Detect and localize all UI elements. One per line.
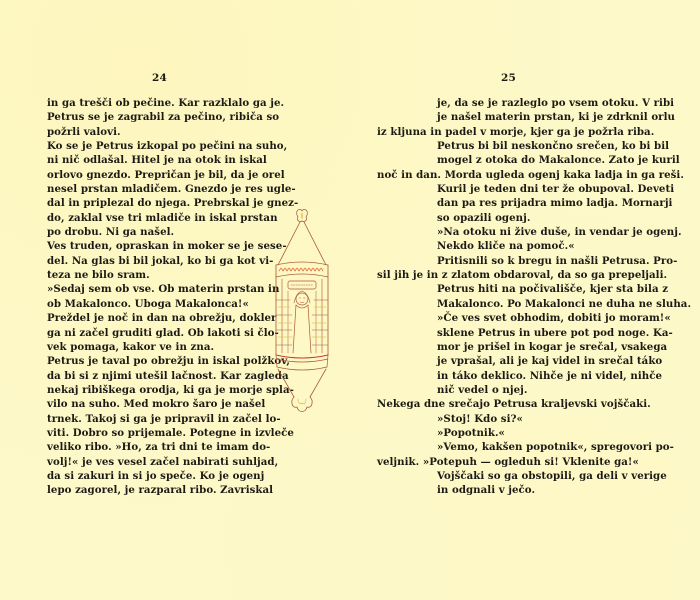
- text-line: mogel z otoka do Makalonce. Zato je kuri…: [437, 153, 655, 167]
- text-line: dal in priplezal do njega. Prebrskal je …: [47, 196, 263, 210]
- text-line: in ga trešči ob pečine. Kar razklalo ga …: [47, 96, 263, 110]
- text-line: je našel materin prstan, ki je zdrknil o…: [437, 110, 655, 124]
- text-line: teza ne bilo sram.: [47, 268, 263, 282]
- text-line: ga ni začel gruditi glad. Ob lakoti si č…: [47, 326, 263, 340]
- page-number-left: 24: [152, 72, 167, 84]
- text-line: »Vemo, kakšen popotnik«, spregovori po-: [437, 440, 655, 454]
- text-line: dan pa res prijadra mimo ladja. Mornarji: [437, 196, 655, 210]
- left-page-text: in ga trešči ob pečine. Kar razklalo ga …: [47, 96, 263, 498]
- text-line: Nekdo kliče na pomoč.«: [437, 239, 655, 253]
- text-line: »Popotnik.«: [437, 426, 655, 440]
- text-line: »Stoj! Kdo si?«: [437, 412, 655, 426]
- text-line: Nekega dne srečajo Petrusa kraljevski vo…: [377, 397, 655, 411]
- text-line: Petrus hiti na počivališče, kjer sta bil…: [437, 282, 655, 296]
- text-line: do, zaklal vse tri mladiče in iskal prst…: [47, 211, 263, 225]
- text-line: je vprašal, ali je kaj videl in srečal t…: [437, 354, 655, 368]
- text-line: Preždel je noč in dan na obrežju, dokler: [47, 311, 263, 325]
- text-line: Makalonco. Po Makalonci ne duha ne sluha…: [437, 297, 655, 311]
- text-line: sklene Petrus in ubere pot pod noge. Ka-: [437, 326, 655, 340]
- text-line: ob Makalonco. Uboga Makalonca!«: [47, 297, 263, 311]
- text-line: požrli valovi.: [47, 125, 263, 139]
- book-spread: 24 25 in ga trešči ob pečine. Kar razkla…: [0, 0, 700, 600]
- text-line: Petrus bi bil neskončno srečen, ko bi bi…: [437, 139, 655, 153]
- text-line: da bi si z njimi utešil lačnost. Kar zag…: [47, 369, 263, 383]
- text-line: Ves truden, opraskan in moker se je sese…: [47, 239, 263, 253]
- text-line: lepo zagorel, je razparal ribo. Zavriska…: [47, 483, 263, 497]
- text-line: nekaj ribiškega orodja, ki ga je morje s…: [47, 383, 263, 397]
- page-number-right: 25: [501, 72, 516, 84]
- text-line: sil jih je in z zlatom obdaroval, da so …: [377, 268, 655, 282]
- text-line: Pritisnili so k bregu in našli Petrusa. …: [437, 254, 655, 268]
- text-line: »Sedaj sem ob vse. Ob materin prstan in: [47, 282, 263, 296]
- text-line: Petrus se je zagrabil za pečino, ribiča …: [47, 110, 263, 124]
- text-line: »Če ves svet obhodim, dobiti jo moram!«: [437, 311, 655, 325]
- text-line: so opazili ogenj.: [437, 211, 655, 225]
- text-line: vilo na suho. Med mokro šaro je našel: [47, 397, 263, 411]
- text-line: veljnik. »Potepuh — ogleduh si! Vklenite…: [377, 455, 655, 469]
- text-line: po drobu. Ni ga našel.: [47, 225, 263, 239]
- text-line: veliko ribo. »Ho, za tri dni te imam do-: [47, 440, 263, 454]
- text-line: mor je prišel in kogar je srečal, vsakeg…: [437, 340, 655, 354]
- text-line: Kuril je teden dni ter že obupoval. Deve…: [437, 182, 655, 196]
- text-line: del. Na glas bi bil jokal, ko bi ga kot …: [47, 254, 263, 268]
- text-line: iz kljuna in padel v morje, kjer ga je p…: [377, 125, 655, 139]
- text-line: in odgnali v ječo.: [437, 483, 655, 497]
- text-line: Ko se je Petrus izkopal po pečini na suh…: [47, 139, 263, 153]
- text-line: »Na otoku ni žive duše, in vendar je oge…: [437, 225, 655, 239]
- text-line: Vojščaki so ga obstopili, ga deli v veri…: [437, 469, 655, 483]
- text-line: noč in dan. Morda ugleda ogenj kaka ladj…: [377, 168, 655, 182]
- text-line: nesel prstan mladičem. Gnezdo je res ugl…: [47, 182, 263, 196]
- right-page-text: je, da se je razleglo po vsem otoku. V r…: [377, 96, 655, 498]
- text-line: je, da se je razleglo po vsem otoku. V r…: [437, 96, 655, 110]
- text-line: vek pomaga, kakor ve in zna.: [47, 340, 263, 354]
- text-line: orlovo gnezdo. Prepričan je bil, da je o…: [47, 168, 263, 182]
- text-line: trnek. Takoj si ga je pripravil in začel…: [47, 412, 263, 426]
- text-line: nič vedel o njej.: [437, 383, 655, 397]
- text-line: viti. Dobro so prijemale. Potegne in izv…: [47, 426, 263, 440]
- text-line: da si zakuri in si jo speče. Ko je ogenj: [47, 469, 263, 483]
- text-line: volj!« je ves vesel začel nabirati suhlj…: [47, 455, 263, 469]
- text-line: in táko deklico. Nihče je ni videl, nihč…: [437, 369, 655, 383]
- lantern-tower-illustration-icon: [272, 205, 332, 417]
- text-line: ni nič odlašal. Hitel je na otok in iska…: [47, 153, 263, 167]
- text-line: Petrus je taval po obrežju in iskal polž…: [47, 354, 263, 368]
